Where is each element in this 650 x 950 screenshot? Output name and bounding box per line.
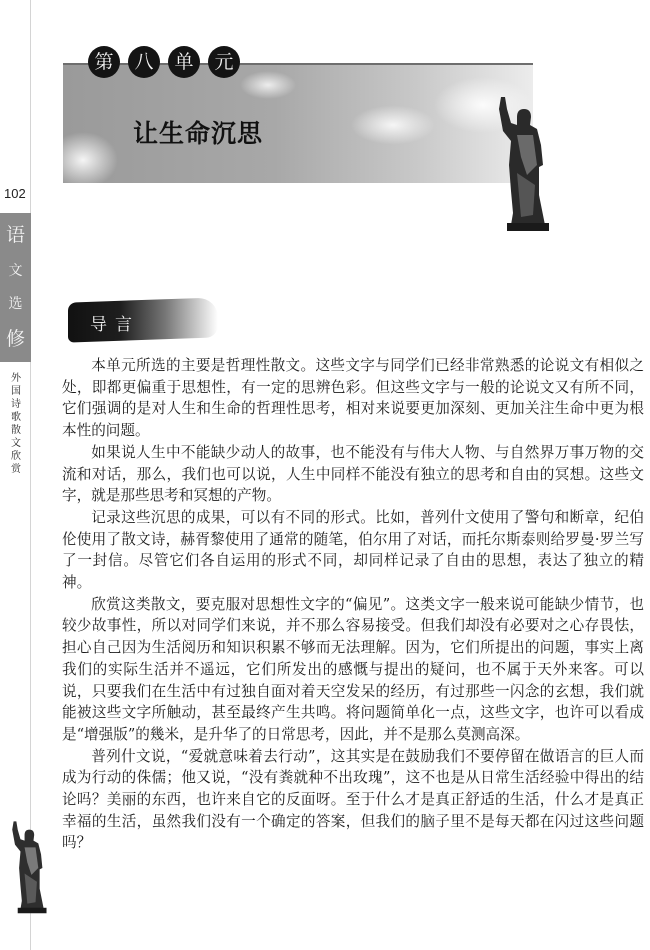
intro-body: 本单元所选的主要是哲理性散文。这些文字与同学们已经非常熟悉的论说文有相似之处，即… <box>62 355 644 854</box>
unit-title: 让生命沉思 <box>133 114 263 150</box>
unit-badge: 第 <box>88 46 120 78</box>
paragraph: 记录这些沉思的成果，可以有不同的形式。比如，普列什文使用了警句和断章，纪伯伦使用… <box>62 507 644 594</box>
page-number: 102 <box>4 186 26 201</box>
unit-badge: 元 <box>208 46 240 78</box>
statue-icon <box>487 95 557 235</box>
paragraph: 本单元所选的主要是哲理性散文。这些文字与同学们已经非常熟悉的论说文有相似之处，即… <box>62 355 644 442</box>
series-char: 语 <box>6 226 25 245</box>
intro-heading: 导言 <box>68 297 218 342</box>
series-char: 文 <box>9 264 23 278</box>
paragraph: 普列什文说，“爱就意味着去行动”，这其实是在鼓励我们不要停留在做语言的巨人而成为… <box>62 746 644 855</box>
series-char: 选 <box>9 297 23 311</box>
unit-label: 第 八 单 元 <box>88 46 240 78</box>
statue-icon <box>4 818 52 918</box>
paragraph: 如果说人生中不能缺少动人的故事，也不能没有与伟大人物、与自然界万事万物的交流和对… <box>62 442 644 507</box>
series-title: 语 文 选 修 <box>0 213 31 362</box>
margin-rule <box>30 0 31 950</box>
intro-heading-label: 导言 <box>90 310 140 335</box>
unit-badge: 单 <box>168 46 200 78</box>
paragraph: 欣赏这类散文，要克服对思想性文字的“偏见”。这类文字一般来说可能缺少情节，也较少… <box>62 594 644 746</box>
series-char: 修 <box>6 330 25 349</box>
unit-badge: 八 <box>128 46 160 78</box>
book-subtitle: 外国诗歌散文欣赏 <box>9 372 23 476</box>
